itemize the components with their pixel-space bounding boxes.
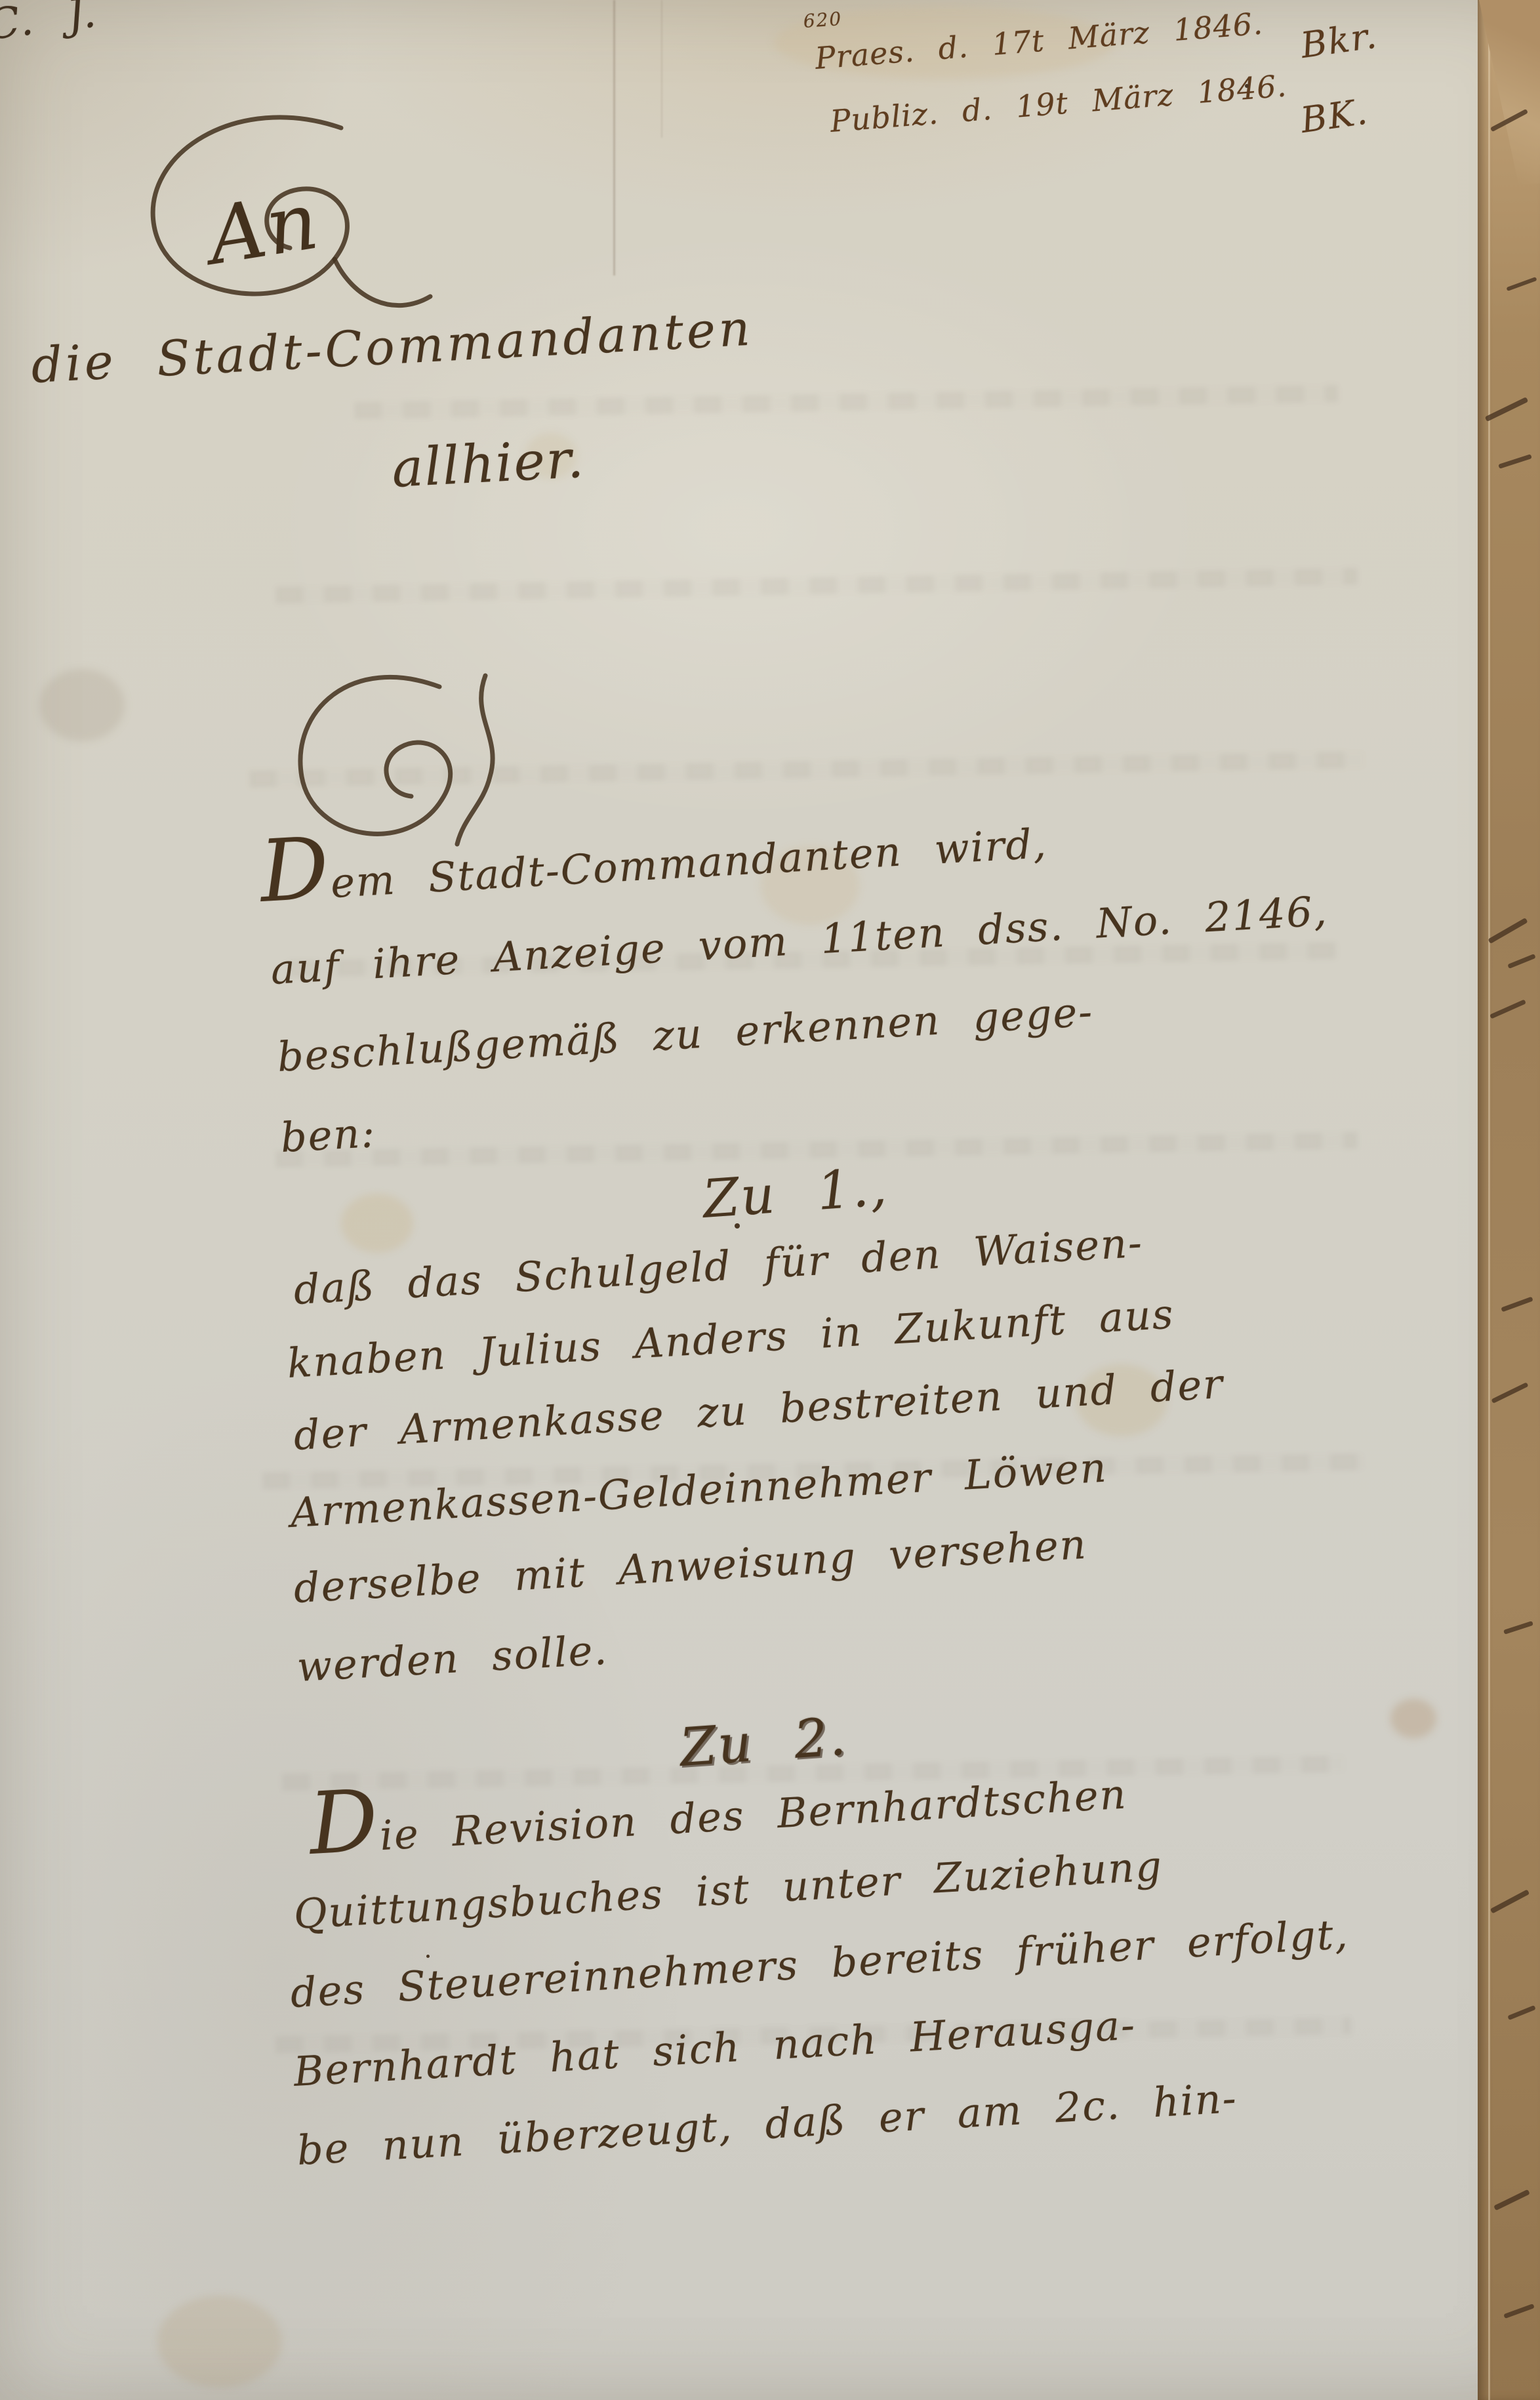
stain: [39, 669, 125, 741]
fold-crease: [613, 0, 615, 275]
registry-mark: C. J.: [0, 0, 100, 50]
published-note: Publiz. d. 19t März 1846.: [829, 68, 1288, 139]
fold-crease: [661, 0, 662, 138]
body-line: derselbe mit Anweisung versehen: [293, 1520, 1088, 1612]
section2-heading: Zu 2.: [678, 1705, 849, 1778]
body-line: be nun überzeugt, daß er am 2c. hin-: [296, 2074, 1238, 2174]
address-place: allhier.: [390, 428, 586, 499]
body-line: werden solle.: [296, 1626, 609, 1691]
body-line: ben:: [279, 1108, 377, 1162]
folio-mark: 620: [803, 8, 843, 32]
ink-speck: [426, 1955, 430, 1958]
body-line: Armenkassen-Geldeinnehmer Löwen: [289, 1443, 1108, 1537]
body-line: Bernhardt hat sich nach Herausga-: [293, 2001, 1137, 2096]
stain: [157, 2296, 282, 2388]
bleedthrough-line: [354, 385, 1338, 419]
bleedthrough-line: [275, 568, 1358, 604]
manuscript-page: C. J. 620 Praes. d. 17t März 1846. Bkr. …: [0, 0, 1540, 2400]
address-salutation: An: [202, 175, 325, 283]
section1-heading: Zu 1.,: [701, 1156, 890, 1230]
page-edge: [1478, 0, 1540, 2400]
ink-speck: [1245, 84, 1249, 88]
ink-speck: [735, 1223, 740, 1229]
stain: [341, 1194, 413, 1253]
body-line: beschlußgemäß zu erkennen gege-: [276, 988, 1095, 1081]
published-initials: BK.: [1298, 91, 1371, 141]
presented-initials: Bkr.: [1298, 14, 1380, 66]
stain: [1390, 1699, 1436, 1738]
